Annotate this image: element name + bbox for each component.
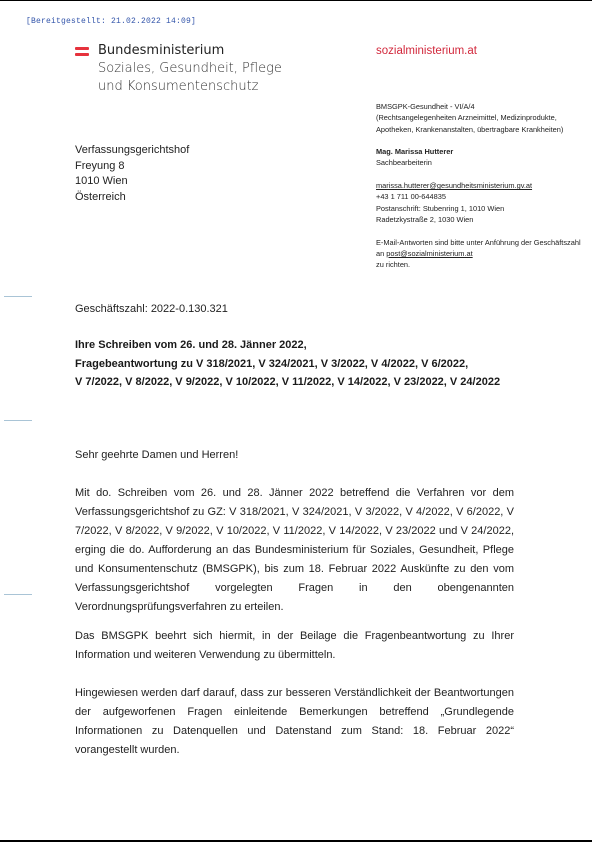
contact-name: Mag. Marissa Hutterer [376, 146, 586, 157]
contact-phone: +43 1 711 00-644835 [376, 191, 586, 202]
ministry-name: Bundesministerium Soziales, Gesundheit, … [98, 42, 282, 96]
contact-role: Sachbearbeiterin [376, 157, 586, 168]
salutation: Sehr geehrte Damen und Herren! [75, 446, 514, 465]
department-detail: (Rechtsangelegenheiten Arzneimittel, Med… [376, 112, 586, 135]
department: BMSGPK-Gesundheit - VI/A/4 [376, 101, 586, 112]
street-address: Radetzkystraße 2, 1030 Wien [376, 214, 586, 225]
website-link[interactable]: sozialministerium.at [376, 45, 477, 57]
ministry-name-line2: Soziales, Gesundheit, Pflege [98, 60, 282, 78]
ministry-name-line1: Bundesministerium [98, 42, 282, 60]
body-paragraph: Hingewiesen werden darf darauf, dass zur… [75, 684, 514, 760]
provision-timestamp: [Bereitgestellt: 21.02.2022 14:09] [26, 17, 196, 26]
contact-email-link[interactable]: marissa.hutterer@gesundheitsministerium.… [376, 180, 586, 191]
recipient-country: Österreich [75, 190, 189, 206]
body-paragraph: Das BMSGPK beehrt sich hiermit, in der B… [75, 627, 514, 665]
reference-number: Geschäftszahl: 2022-0.130.321 [75, 303, 228, 315]
punch-mark [4, 420, 32, 421]
ministry-name-line3: und Konsumentenschutz [98, 78, 282, 96]
fold-mark [4, 296, 32, 297]
body-paragraph: Mit do. Schreiben vom 26. und 28. Jänner… [75, 484, 514, 617]
austria-flag-icon [75, 47, 89, 57]
recipient-city: 1010 Wien [75, 174, 189, 190]
subject-line-2: Fragebeantwortung zu V 318/2021, V 324/2… [75, 355, 535, 374]
recipient-street: Freyung 8 [75, 159, 189, 175]
fold-mark [4, 594, 32, 595]
recipient-address: Verfassungsgerichtshof Freyung 8 1010 Wi… [75, 143, 189, 205]
sender-info: BMSGPK-Gesundheit - VI/A/4 (Rechtsangele… [376, 101, 586, 270]
page-top-border [0, 0, 592, 1]
reply-email-link[interactable]: post@sozialministerium.at [386, 249, 472, 258]
subject-line-1: Ihre Schreiben vom 26. und 28. Jänner 20… [75, 336, 535, 355]
subject-line: Ihre Schreiben vom 26. und 28. Jänner 20… [75, 336, 535, 392]
subject-line-3: V 7/2022, V 8/2022, V 9/2022, V 10/2022,… [75, 373, 535, 392]
reply-note: E-Mail-Antworten sind bitte unter Anführ… [376, 237, 586, 260]
postal-address: Postanschrift: Stubenring 1, 1010 Wien [376, 203, 586, 214]
reply-note-suffix: zu richten. [376, 259, 586, 270]
recipient-name: Verfassungsgerichtshof [75, 143, 189, 159]
